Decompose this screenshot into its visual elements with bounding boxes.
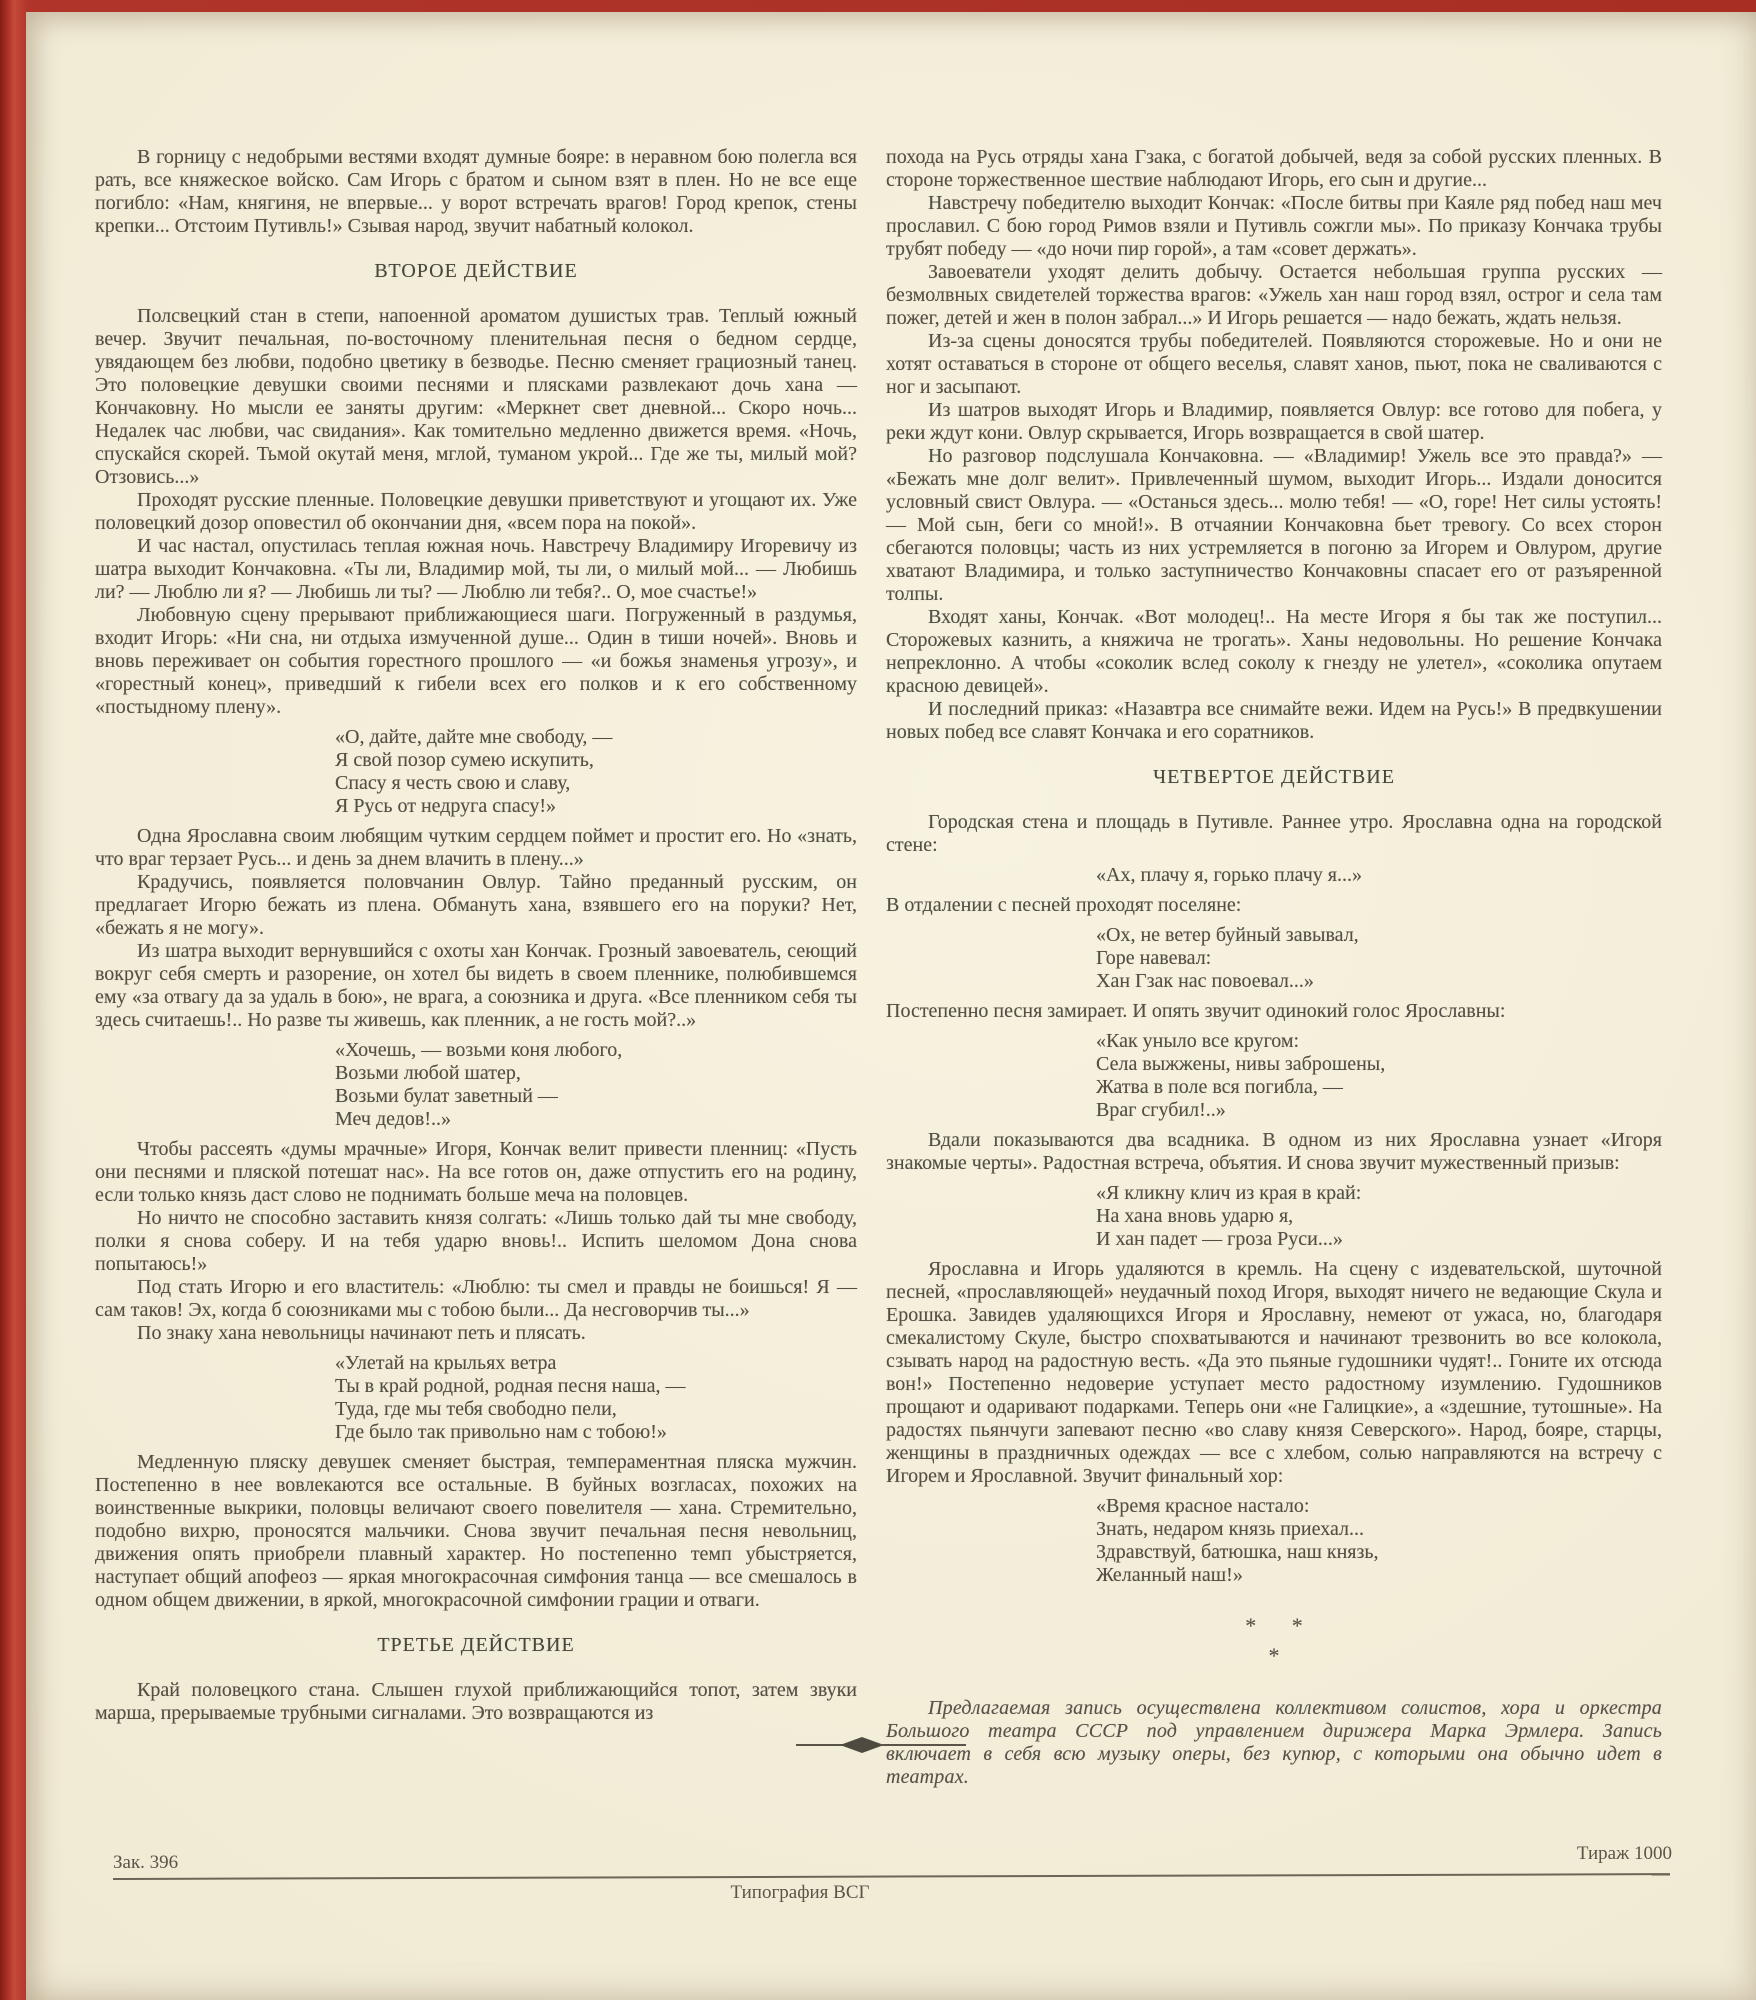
paragraph: Полсвецкий стан в степи, напоенной арома… [95, 305, 857, 489]
paragraph: Крадучись, появляется половчанин Овлур. … [95, 871, 857, 940]
paragraph: Входят ханы, Кончак. «Вот молодец!.. На … [886, 606, 1662, 698]
paragraph: Но ничто не способно заставить князя сол… [95, 1207, 857, 1276]
verse-line: Желанный наш!» [1096, 1564, 1662, 1587]
paragraph: Навстречу победителю выходит Кончак: «По… [886, 192, 1662, 261]
paragraph: В горницу с недобрыми вестями входят дум… [95, 146, 857, 238]
verse-quote: «Как уныло все кругом:Села выжжены, нивы… [1096, 1030, 1662, 1122]
verse-line: Я Русь от недруга спасу!» [335, 795, 857, 818]
verse-line: «Я кликну клич из края в край: [1096, 1182, 1662, 1205]
verse-line: Возьми любой шатер, [335, 1062, 857, 1085]
act-heading: ВТОРОЕ ДЕЙСТВИЕ [95, 260, 857, 283]
verse-line: Враг сгубил!..» [1096, 1099, 1662, 1122]
verse-line: Ты в край родной, родная песня наша, — [335, 1375, 857, 1398]
paragraph: Под стать Игорю и его властитель: «Люблю… [95, 1276, 857, 1322]
verse-line: Спасу я честь свою и славу, [335, 772, 857, 795]
verse-line: Я свой позор сумею искупить, [335, 749, 857, 772]
print-run: Тираж 1000 [1577, 1843, 1672, 1865]
verse-line: «Время красное настало: [1096, 1495, 1662, 1518]
paragraph: Из-за сцены доносятся трубы победителей.… [886, 330, 1662, 399]
verse-line: Туда, где мы тебя свободно пели, [335, 1398, 857, 1421]
paragraph: Любовную сцену прерывают приближающиеся … [95, 604, 857, 719]
verse-line: «Ах, плачу я, горько плачу я...» [1096, 864, 1662, 887]
paragraph: Чтобы рассеять «думы мрачные» Игоря, Кон… [95, 1138, 857, 1207]
paragraph: Из шатра выходит вернувшийся с охоты хан… [95, 940, 857, 1032]
verse-line: Здравствуй, батюшка, наш князь, [1096, 1541, 1662, 1564]
verse-line: «О, дайте, дайте мне свободу, — [335, 726, 857, 749]
verse-line: «Как уныло все кругом: [1096, 1030, 1662, 1053]
diamond-ornament-icon [796, 1734, 966, 1756]
paragraph: Городская стена и площадь в Путивле. Ран… [886, 811, 1662, 857]
act-heading: ТРЕТЬЕ ДЕЙСТВИЕ [95, 1634, 857, 1657]
verse-line: Жатва в поле вся погибла, — [1096, 1076, 1662, 1099]
scanned-booklet-page: { "colors": { "paper": "#efe9d2", "ink":… [0, 0, 1756, 2000]
verse-line: Знать, недаром князь приехал... [1096, 1518, 1662, 1541]
footer-rule [113, 1873, 1670, 1880]
asterism-divider: * ** [886, 1611, 1662, 1671]
verse-quote: «Ах, плачу я, горько плачу я...» [1096, 864, 1662, 887]
paragraph: похода на Русь отряды хана Гзака, с бога… [886, 146, 1662, 192]
verse-quote: «Хочешь, — возьми коня любого,Возьми люб… [335, 1039, 857, 1131]
verse-quote: «Я кликну клич из края в край:На хана вн… [1096, 1182, 1662, 1251]
asterism-row: * * [886, 1611, 1662, 1641]
verse-line: «Хочешь, — возьми коня любого, [335, 1039, 857, 1062]
paragraph: По знаку хана невольницы начинают петь и… [95, 1322, 857, 1345]
printer-name: Типография ВСГ [600, 1882, 1000, 1904]
verse-line: Меч дедов!..» [335, 1108, 857, 1131]
paragraph: И последний приказ: «Назавтра все снимай… [886, 698, 1662, 744]
paragraph: Ярославна и Игорь удаляются в кремль. На… [886, 1258, 1662, 1488]
recording-note: Предлагаемая запись осуществлена коллект… [886, 1697, 1662, 1789]
verse-line: «Улетай на крыльях ветра [335, 1352, 857, 1375]
paragraph: Проходят русские пленные. Половецкие дев… [95, 489, 857, 535]
right-column: похода на Русь отряды хана Гзака, с бога… [886, 146, 1662, 1789]
paragraph: В отдалении с песней проходят поселяне: [886, 894, 1662, 917]
verse-quote: «Ох, не ветер буйный завывал,Горе навева… [1096, 924, 1662, 993]
paper-page: В горницу с недобрыми вестями входят дум… [26, 12, 1756, 2000]
verse-quote: «Улетай на крыльях ветраТы в край родной… [335, 1352, 857, 1444]
paragraph: Одна Ярославна своим любящим чутким серд… [95, 825, 857, 871]
verse-line: Горе навевал: [1096, 947, 1662, 970]
order-number: Зак. 396 [113, 1852, 178, 1874]
verse-line: И хан падет — гроза Руси...» [1096, 1228, 1662, 1251]
verse-line: Возьми булат заветный — [335, 1085, 857, 1108]
verse-quote: «О, дайте, дайте мне свободу, —Я свой по… [335, 726, 857, 818]
left-column: В горницу с недобрыми вестями входят дум… [95, 146, 857, 1725]
paragraph: Постепенно песня замирает. И опять звучи… [886, 1000, 1662, 1023]
asterism-row: * [886, 1641, 1662, 1671]
verse-line: Села выжжены, нивы заброшены, [1096, 1053, 1662, 1076]
act-heading: ЧЕТВЕРТОЕ ДЕЙСТВИЕ [886, 766, 1662, 789]
verse-line: Хан Гзак нас повоевал...» [1096, 970, 1662, 993]
paragraph: Медленную пляску девушек сменяет быстрая… [95, 1451, 857, 1612]
verse-line: На хана вновь ударю я, [1096, 1205, 1662, 1228]
paragraph: Край половецкого стана. Слышен глухой пр… [95, 1679, 857, 1725]
verse-quote: «Время красное настало:Знать, недаром кн… [1096, 1495, 1662, 1587]
paragraph: Но разговор подслушала Кончаковна. — «Вл… [886, 445, 1662, 606]
verse-line: «Ох, не ветер буйный завывал, [1096, 924, 1662, 947]
verse-line: Где было так привольно нам с тобою!» [335, 1421, 857, 1444]
paragraph: И час настал, опустилась теплая южная но… [95, 535, 857, 604]
paragraph: Вдали показываются два всадника. В одном… [886, 1129, 1662, 1175]
paragraph: Из шатров выходят Игорь и Владимир, появ… [886, 399, 1662, 445]
paragraph: Завоеватели уходят делить добычу. Остает… [886, 261, 1662, 330]
